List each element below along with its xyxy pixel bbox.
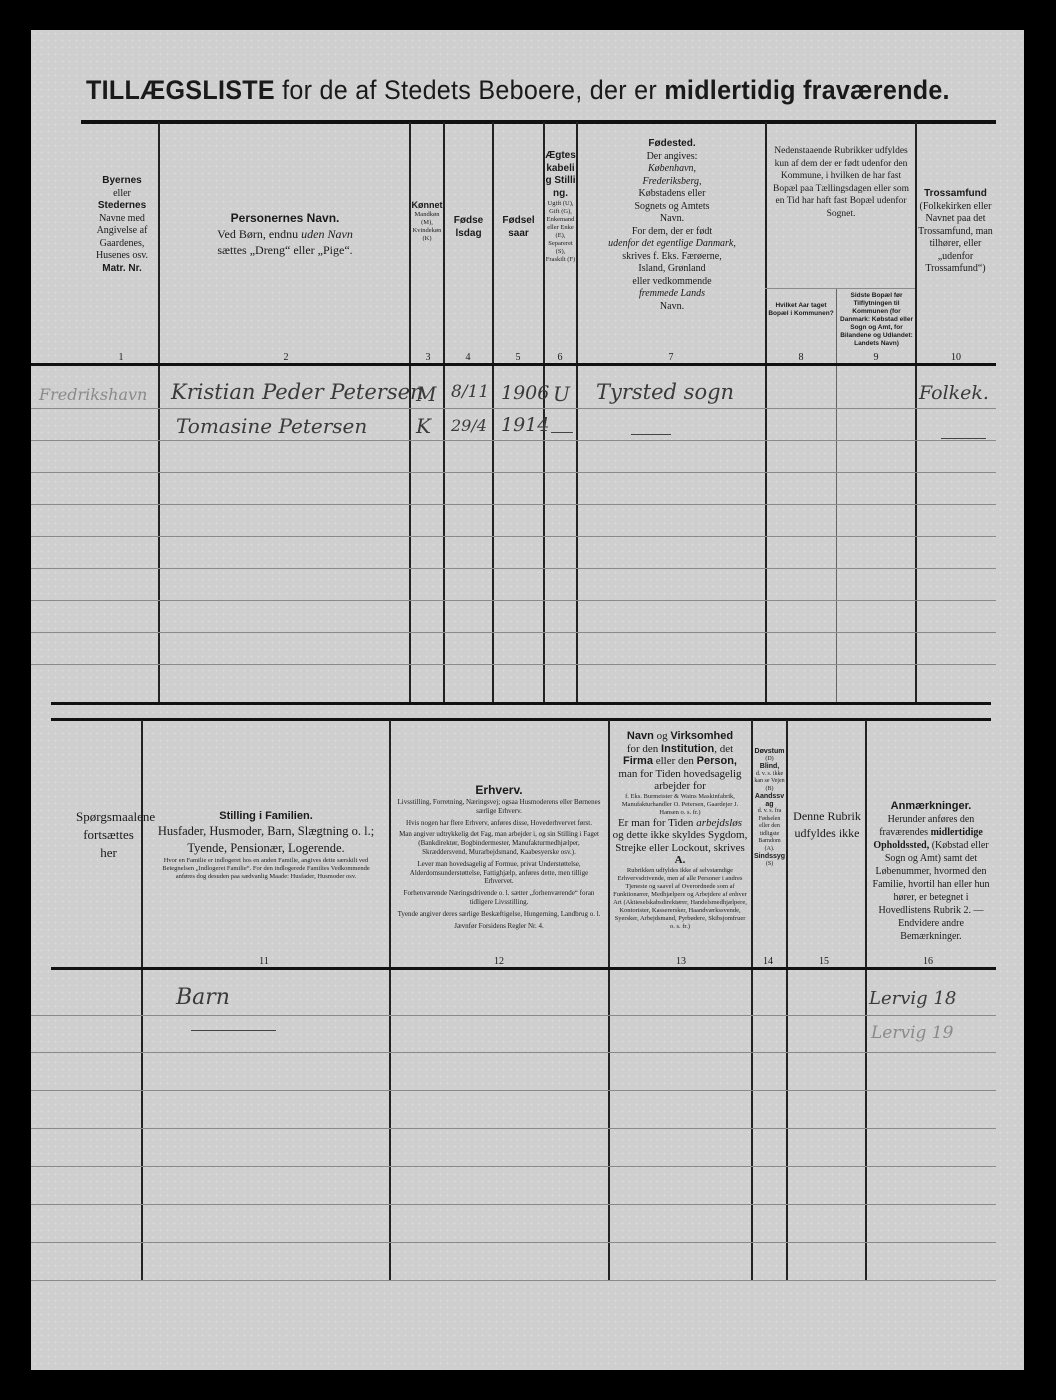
religion-cell: Folkek. — [919, 382, 989, 404]
row-rule — [31, 1052, 996, 1053]
row-rule — [31, 1204, 996, 1205]
birthday-cell: 29/4 — [451, 416, 487, 435]
row-rule — [31, 440, 996, 441]
section-rule — [51, 718, 991, 721]
header-col-2: Personernes Navn. Ved Børn, endnu uden N… — [161, 210, 409, 258]
row-rule — [31, 472, 996, 473]
header-col-16: Anmærkninger. Herunder anføres den fravæ… — [871, 800, 991, 943]
column-number: 10 — [941, 352, 971, 363]
header-col-6: Ægteskabelig Stilling. Ugift (U), Gift (… — [545, 150, 576, 264]
column-number: 9 — [861, 352, 891, 363]
col-divider-thin — [836, 288, 837, 702]
column-number: 1 — [106, 352, 136, 363]
birthday-cell: 8/11 — [451, 382, 489, 402]
ditto-mark — [191, 1030, 276, 1031]
column-number: 12 — [484, 956, 514, 967]
column-number: 16 — [913, 956, 943, 967]
top-rule — [81, 120, 996, 124]
column-number: 11 — [249, 956, 279, 967]
row-rule — [31, 1128, 996, 1129]
header-col-15: Denne Rubrik udfyldes ikke — [791, 808, 863, 842]
col-divider — [141, 720, 143, 1280]
section-rule — [51, 702, 991, 705]
remarks-cell: Lervig 19 — [871, 1023, 953, 1043]
col-divider — [765, 122, 767, 702]
ditto-mark — [631, 434, 671, 435]
form-title: TILLÆGSLISTE for de af Stedets Beboere, … — [86, 75, 942, 106]
header-col-10: Trossamfund (Folkekirken eller Navnet pa… — [918, 188, 993, 276]
header-col-5: Fødselsaar — [494, 215, 543, 240]
header-bottom-rule — [31, 363, 996, 366]
header-col-11: Stilling i Familien. Husfader, Husmoder,… — [153, 810, 379, 881]
column-number: 8 — [786, 352, 816, 363]
header-col-8: Hvilket Aar taget Bopæl i Kommunen? — [768, 302, 834, 318]
col-divider — [576, 122, 578, 702]
col-divider — [865, 720, 867, 1280]
col-divider — [158, 122, 160, 702]
row-rule — [31, 504, 996, 505]
column-number: 15 — [809, 956, 839, 967]
col-divider — [443, 122, 445, 702]
name-cell: Tomasine Petersen — [176, 414, 367, 438]
row-rule — [31, 1015, 996, 1016]
place-cell: Fredrikshavn — [39, 385, 147, 404]
column-number: 7 — [656, 352, 686, 363]
row-rule — [31, 1242, 996, 1243]
subheader-rule — [765, 288, 915, 289]
title-bold-1: TILLÆGSLISTE — [86, 75, 275, 105]
row-rule — [31, 1280, 996, 1281]
marital-cell: U — [553, 382, 570, 406]
ditto-mark — [551, 432, 573, 433]
row-rule — [31, 408, 996, 409]
column-number: 2 — [271, 352, 301, 363]
header-group-8-9: Nedenstaaende Rubrikker udfyldes kun af … — [771, 145, 911, 220]
header-col-13: Navn og Virksomhed for den Institution, … — [612, 730, 748, 931]
name-cell: Kristian Peder Petersen — [171, 380, 424, 404]
sex-cell: M — [416, 382, 436, 406]
column-number: 4 — [453, 352, 483, 363]
row-rule — [31, 600, 996, 601]
sex-cell: K — [416, 414, 431, 438]
header-col-1: Byernes eller Stedernes Navne med Angive… — [86, 175, 158, 275]
header-bottom-rule — [51, 967, 996, 970]
year-cell: 1906 — [501, 382, 549, 404]
row-rule — [31, 568, 996, 569]
column-number: 6 — [545, 352, 575, 363]
header-col-4: Fødselsdag — [445, 215, 492, 240]
birthplace-cell: Tyrsted sogn — [596, 380, 734, 404]
ditto-mark — [941, 438, 986, 439]
column-number: 13 — [666, 956, 696, 967]
col-divider — [608, 720, 610, 1280]
header-continues-here: Spørgsmaalene fortsættes her — [76, 808, 141, 862]
family-position-cell: Barn — [176, 985, 230, 1010]
header-col-9: Sidste Bopæl før Tilflytningen til Kommu… — [838, 292, 915, 348]
remarks-cell: Lervig 18 — [869, 988, 956, 1009]
census-form-sheet: TILLÆGSLISTE for de af Stedets Beboere, … — [31, 30, 1024, 1370]
row-rule — [31, 632, 996, 633]
row-rule — [31, 1090, 996, 1091]
column-number: 3 — [413, 352, 443, 363]
year-cell: 1914 — [501, 414, 549, 436]
title-bold-2: midlertidig fraværende. — [664, 75, 949, 105]
row-rule — [31, 1166, 996, 1167]
col-divider — [389, 720, 391, 1280]
title-middle: for de af Stedets Beboere, der er — [275, 75, 664, 105]
col-divider — [786, 720, 788, 1280]
col-divider — [492, 122, 494, 702]
header-col-3: Kønnet Mandkøn (M), Kvindekøn (K) — [411, 200, 443, 243]
col-divider — [915, 122, 917, 702]
header-col-12: Erhverv. Livsstilling, Forretning, Nærin… — [397, 782, 601, 930]
header-col-7: Fødested. Der angives: København, Freder… — [579, 138, 765, 313]
row-rule — [31, 664, 996, 665]
column-number: 5 — [503, 352, 533, 363]
header-col-14: Døvstum (D) Blind, d. v. s. ikke kan se … — [753, 748, 786, 868]
row-rule — [31, 536, 996, 537]
column-number: 14 — [753, 956, 783, 967]
